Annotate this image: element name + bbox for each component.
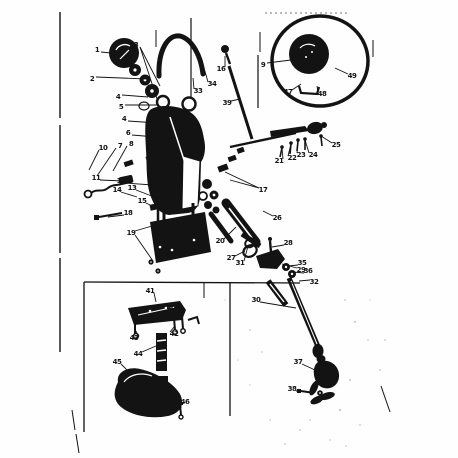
part-number-34: 34: [208, 80, 217, 88]
part-number-8: 8: [129, 140, 133, 148]
throttle-rod: [229, 66, 252, 139]
part-number-17: 17: [259, 186, 268, 194]
part-number-45: 45: [113, 358, 122, 366]
part-number-30: 30: [252, 296, 261, 304]
part-number-14: 14: [113, 186, 122, 194]
part-number-33: 33: [194, 87, 203, 95]
part-number-28: 28: [284, 239, 293, 247]
part-number-46: 46: [181, 398, 190, 406]
part-number-24: 24: [309, 151, 318, 159]
part-number-43: 43: [130, 334, 139, 342]
part-number-37: 37: [294, 358, 303, 366]
carburetor-cluster: [199, 147, 285, 269]
ring-terminal: [85, 191, 92, 198]
part-number-9: 9: [261, 61, 265, 69]
part-number-13: 13: [128, 184, 137, 192]
stray-scan-mark: [381, 386, 390, 412]
part-number-36: 36: [304, 267, 313, 275]
part-number-48: 48: [318, 90, 327, 98]
parts-diagram-page: 1234546781011121314151819163334399474849…: [0, 0, 458, 458]
pin: [270, 241, 271, 252]
part-number-42: 42: [170, 330, 179, 338]
fuel-hose: [159, 36, 203, 76]
drain-bolt: [180, 405, 181, 415]
part-number-27: 27: [227, 254, 236, 262]
steering-link: [230, 133, 296, 147]
part-number-4: 4: [122, 115, 126, 123]
part-number-7: 7: [118, 142, 122, 150]
part-number-49: 49: [348, 72, 357, 80]
part-number-6: 6: [126, 129, 130, 137]
part-number-21: 21: [275, 157, 284, 165]
part-number-32: 32: [310, 278, 319, 286]
bolt-head: [221, 45, 229, 53]
part-number-39: 39: [223, 99, 232, 107]
part-number-3: 3: [134, 41, 138, 49]
part-number-25: 25: [332, 141, 341, 149]
recoil-starter-inset: [258, 16, 368, 108]
part-number-38: 38: [288, 385, 297, 393]
starter-pulley: [289, 34, 329, 74]
part-number-26: 26: [273, 214, 282, 222]
diagram-artwork: [0, 0, 458, 458]
throttle-grip: [306, 120, 325, 136]
part-number-31: 31: [236, 259, 245, 267]
part-number-2: 2: [90, 75, 94, 83]
part-number-20: 20: [216, 237, 225, 245]
starter-bracket: [299, 86, 319, 94]
lower-unit-skeg: [115, 368, 182, 417]
part-number-41: 41: [146, 287, 155, 295]
part-number-23: 23: [297, 151, 306, 159]
part-number-22: 22: [288, 154, 297, 162]
part-number-4: 4: [116, 93, 120, 101]
part-number-19: 19: [127, 229, 136, 237]
part-number-1: 1: [95, 46, 99, 54]
swivel-bracket: [128, 301, 186, 325]
tilt-rod: [188, 317, 199, 324]
bearing-housing: [256, 249, 285, 269]
lower-unit-inset: [84, 282, 300, 432]
part-number-40: 40: [167, 304, 176, 312]
part-number-15: 15: [138, 197, 147, 205]
part-number-16: 16: [217, 65, 226, 73]
driveshaft-assembly: [268, 263, 339, 406]
cowl-opening: [182, 156, 200, 209]
part-number-12: 12: [117, 177, 126, 185]
part-number-35: 35: [298, 259, 307, 267]
part-number-5: 5: [119, 103, 123, 111]
exhaust-housing-tube: [156, 333, 167, 371]
seal-ring-2: [183, 98, 196, 111]
part-number-11: 11: [92, 174, 101, 182]
part-number-10: 10: [99, 144, 108, 152]
part-number-47: 47: [284, 88, 293, 96]
part-number-18: 18: [124, 209, 133, 217]
pivot-pin: [99, 213, 122, 217]
part-number-44: 44: [134, 350, 143, 358]
